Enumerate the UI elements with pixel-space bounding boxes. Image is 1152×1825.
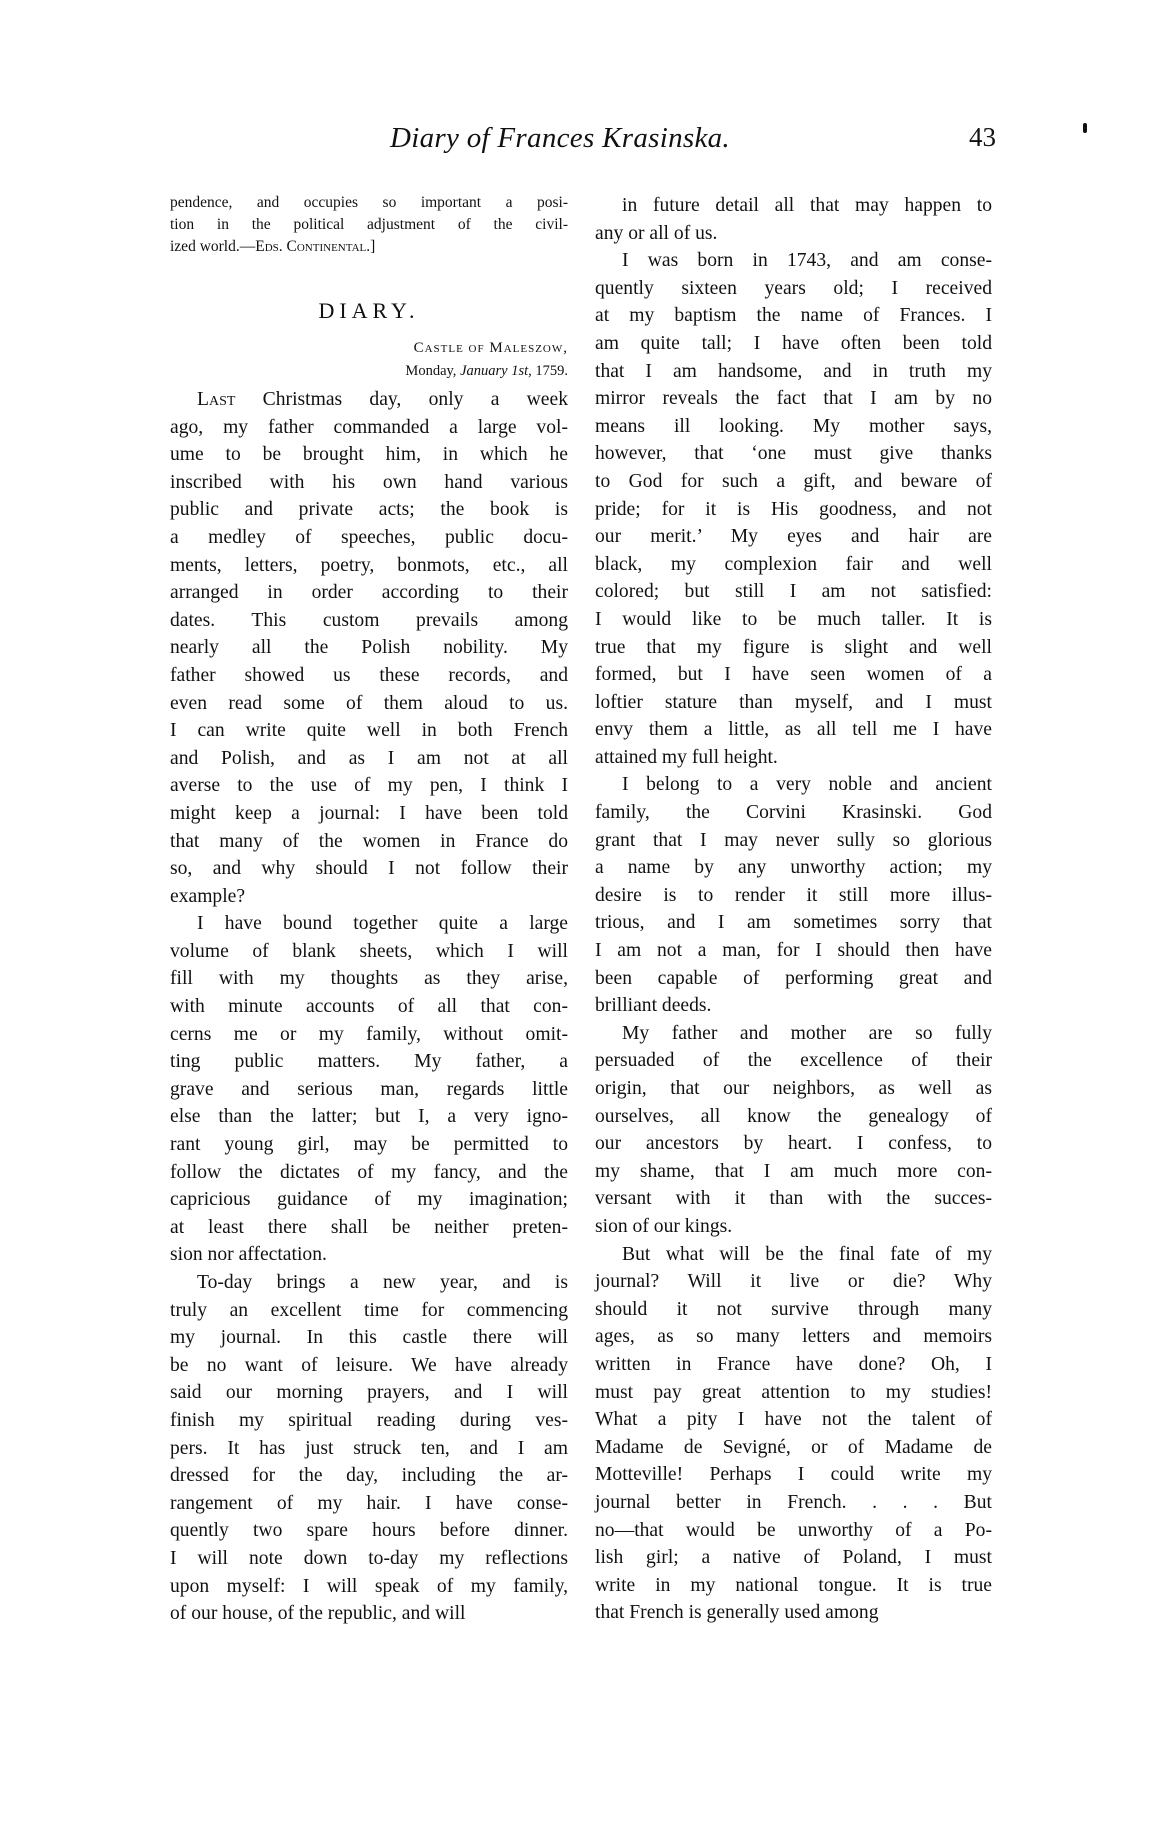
editor-note: pendence, and occupies so important a po… — [170, 192, 568, 258]
text-line: dates. This custom prevails among — [170, 607, 568, 635]
text-line: upon myself: I will speak of my family, — [170, 1573, 568, 1601]
running-title: Diary of Frances Krasinska. — [390, 122, 730, 155]
text-line: truly an excellent time for commencing — [170, 1297, 568, 1325]
text-line: any or all of us. — [595, 220, 992, 248]
section-heading: DIARY. — [170, 298, 568, 324]
text-line: loftier stature than myself, and I must — [595, 689, 992, 717]
right-column-body: in future detail all that may happen toa… — [595, 192, 992, 1627]
text-line: I will note down to-day my reflections — [170, 1545, 568, 1573]
dateline-day: Monday, — [405, 363, 456, 379]
text-line: pers. It has just struck ten, and I am — [170, 1435, 568, 1463]
text-line: trious, and I am sometimes sorry that — [595, 909, 992, 937]
text-line: lish girl; a native of Poland, I must — [595, 1544, 992, 1572]
text-line: been capable of performing great and — [595, 965, 992, 993]
paragraph: To-day brings a new year, and istruly an… — [170, 1269, 568, 1628]
text-line: I belong to a very noble and ancient — [595, 771, 992, 799]
text-line: our ancestors by heart. I confess, to — [595, 1130, 992, 1158]
text-line: ago, my father commanded a large vol- — [170, 414, 568, 442]
text-line: inscribed with his own hand various — [170, 469, 568, 497]
text-line: so, and why should I not follow their — [170, 855, 568, 883]
text-line: means ill looking. My mother says, — [595, 413, 992, 441]
text-line: rant young girl, may be permitted to — [170, 1131, 568, 1159]
small-caps-opening: Last — [197, 389, 235, 410]
dateline-date-italic: January 1st, — [460, 363, 532, 379]
text-line: Madame de Sevigné, or of Madame de — [595, 1434, 992, 1462]
paragraph: But what will be the final fate of myjou… — [595, 1241, 992, 1627]
text-line: journal? Will it live or die? Why — [595, 1268, 992, 1296]
text-line: grant that I may never sully so glorious — [595, 827, 992, 855]
text-line: to God for such a gift, and beware of — [595, 468, 992, 496]
text-line: my shame, that I am much more con- — [595, 1158, 992, 1186]
dateline-year: 1759. — [535, 363, 568, 379]
text-line: that I am handsome, and in truth my — [595, 358, 992, 386]
text-line: should it not survive through many — [595, 1296, 992, 1324]
text-line: nearly all the Polish nobility. My — [170, 634, 568, 662]
text-line: follow the dictates of my fancy, and the — [170, 1159, 568, 1187]
text-line: ourselves, all know the genealogy of — [595, 1103, 992, 1131]
text-line: sion nor affectation. — [170, 1241, 568, 1269]
text-line: ments, letters, poetry, bonmots, etc., a… — [170, 552, 568, 580]
text-line: fill with my thoughts as they arise, — [170, 965, 568, 993]
dateline-date: Monday, January 1st, 1759. — [300, 363, 568, 380]
text-line: public and private acts; the book is — [170, 496, 568, 524]
text-line: at my baptism the name of Frances. I — [595, 302, 992, 330]
dateline-place: Castle of Maleszow, — [300, 340, 568, 357]
text-line: true that my figure is slight and well — [595, 634, 992, 662]
text-line: that many of the women in France do — [170, 828, 568, 856]
text-line: dressed for the day, including the ar- — [170, 1462, 568, 1490]
text-line: averse to the use of my pen, I think I — [170, 772, 568, 800]
text-line: father showed us these records, and — [170, 662, 568, 690]
text-line: with minute accounts of all that con- — [170, 993, 568, 1021]
text-line: envy them a little, as all tell me I hav… — [595, 716, 992, 744]
left-column-body: Last Christmas day, only a weekago, my f… — [170, 386, 568, 1628]
text-line: of our house, of the republic, and will — [170, 1600, 568, 1628]
text-line: Motteville! Perhaps I could write my — [595, 1461, 992, 1489]
page-number: 43 — [969, 122, 996, 153]
text-line: at least there shall be neither preten- — [170, 1214, 568, 1242]
text-line: cerns me or my family, without omit- — [170, 1021, 568, 1049]
text-line: I would like to be much taller. It is — [595, 606, 992, 634]
text-line: persuaded of the excellence of their — [595, 1047, 992, 1075]
text-line: But what will be the final fate of my — [595, 1241, 992, 1269]
text-line: arranged in order according to their — [170, 579, 568, 607]
text-line: origin, that our neighbors, as well as — [595, 1075, 992, 1103]
text-line: however, that ‘one must give thanks — [595, 440, 992, 468]
text-line: said our morning prayers, and I will — [170, 1379, 568, 1407]
text-line: mirror reveals the fact that I am by no — [595, 385, 992, 413]
text-line: quently two spare hours before dinner. — [170, 1517, 568, 1545]
text-line: a medley of speeches, public docu- — [170, 524, 568, 552]
note-line: ized world.—Eds. Continental.] — [170, 236, 568, 258]
text-line: brilliant deeds. — [595, 992, 992, 1020]
paragraph: I was born in 1743, and am conse-quently… — [595, 247, 992, 771]
text-line: colored; but still I am not satisfied: — [595, 578, 992, 606]
text-line: else than the latter; but I, a very igno… — [170, 1103, 568, 1131]
text-line: I was born in 1743, and am conse- — [595, 247, 992, 275]
text-line: might keep a journal: I have been told — [170, 800, 568, 828]
text-line: be no want of leisure. We have already — [170, 1352, 568, 1380]
text-line: quently sixteen years old; I received — [595, 275, 992, 303]
text-line: black, my complexion fair and well — [595, 551, 992, 579]
text-line: ting public matters. My father, a — [170, 1048, 568, 1076]
text-line: capricious guidance of my imagination; — [170, 1186, 568, 1214]
text-line: example? — [170, 883, 568, 911]
text-line: write in my national tongue. It is true — [595, 1572, 992, 1600]
text-line: My father and mother are so fully — [595, 1020, 992, 1048]
text-line: ages, as so many letters and memoirs — [595, 1323, 992, 1351]
text-line: ume to be brought him, in which he — [170, 441, 568, 469]
text-line: finish my spiritual reading during ves- — [170, 1407, 568, 1435]
text-line: my journal. In this castle there will — [170, 1324, 568, 1352]
paragraph: My father and mother are so fullypersuad… — [595, 1020, 992, 1241]
paragraph: Last Christmas day, only a weekago, my f… — [170, 386, 568, 910]
running-header: Diary of Frances Krasinska. 43 — [0, 122, 1152, 162]
text-line: our merit.’ My eyes and hair are — [595, 523, 992, 551]
text-line: even read some of them aloud to us. — [170, 690, 568, 718]
text-line: grave and serious man, regards little — [170, 1076, 568, 1104]
text-line: I am not a man, for I should then have — [595, 937, 992, 965]
text-line: I have bound together quite a large — [170, 910, 568, 938]
text-line: am quite tall; I have often been told — [595, 330, 992, 358]
text-line: formed, but I have seen women of a — [595, 661, 992, 689]
text-line: rangement of my hair. I have conse- — [170, 1490, 568, 1518]
text-line: journal better in French. . . . But — [595, 1489, 992, 1517]
note-line: pendence, and occupies so important a po… — [170, 192, 568, 214]
text-line: desire is to render it still more illus- — [595, 882, 992, 910]
text-line: What a pity I have not the talent of — [595, 1406, 992, 1434]
paragraph: I belong to a very noble and ancientfami… — [595, 771, 992, 1019]
text-line: pride; for it is His goodness, and not — [595, 496, 992, 524]
text-line: no—that would be unworthy of a Po- — [595, 1517, 992, 1545]
text-line: I can write quite well in both French — [170, 717, 568, 745]
text-line: and Polish, and as I am not at all — [170, 745, 568, 773]
paragraph: I have bound together quite a largevolum… — [170, 910, 568, 1269]
text-line: To-day brings a new year, and is — [170, 1269, 568, 1297]
text-line: in future detail all that may happen to — [595, 192, 992, 220]
text-line: that French is generally used among — [595, 1599, 992, 1627]
text-line: sion of our kings. — [595, 1213, 992, 1241]
scan-speck — [1083, 123, 1087, 133]
text-line: family, the Corvini Krasinski. God — [595, 799, 992, 827]
text-line: a name by any unworthy action; my — [595, 854, 992, 882]
note-line: tion in the political adjustment of the … — [170, 214, 568, 236]
paragraph: in future detail all that may happen toa… — [595, 192, 992, 247]
text-line: versant with it than with the succes- — [595, 1185, 992, 1213]
text-line: must pay great attention to my studies! — [595, 1379, 992, 1407]
editor-signature: Eds. Continental.] — [255, 238, 375, 255]
text-line: volume of blank sheets, which I will — [170, 938, 568, 966]
text-line: written in France have done? Oh, I — [595, 1351, 992, 1379]
text-line: Last Christmas day, only a week — [170, 386, 568, 414]
text-line: attained my full height. — [595, 744, 992, 772]
